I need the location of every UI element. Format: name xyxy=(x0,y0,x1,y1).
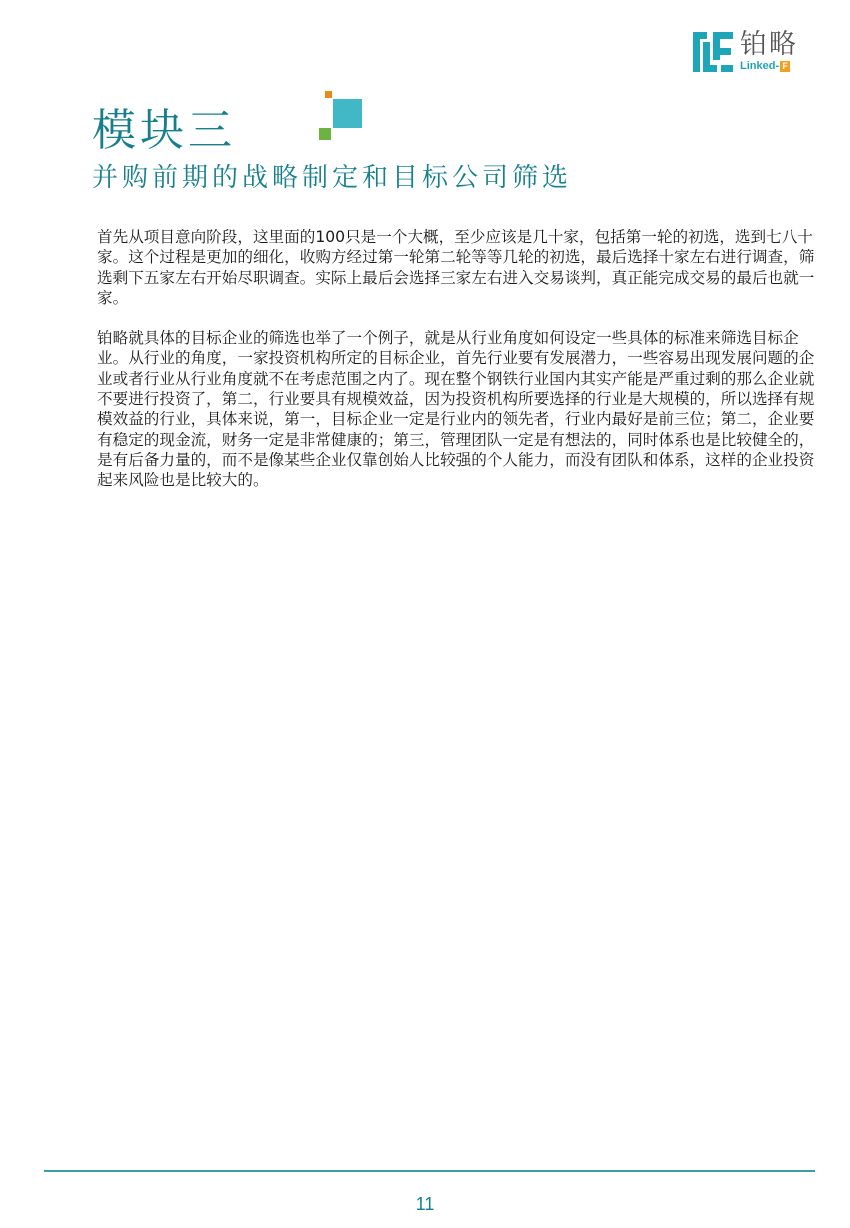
logo-english-text: Linked- xyxy=(740,60,779,72)
logo-english-name: Linked-F xyxy=(740,60,790,72)
footer-divider xyxy=(44,1170,815,1172)
logo-english-badge: F xyxy=(780,61,790,72)
body-text: 首先从项目意向阶段，这里面的100只是一个大概，至少应该是几十家，包括第一轮的初… xyxy=(97,227,817,511)
decorative-square-orange xyxy=(325,91,332,98)
linked-f-logo-icon xyxy=(693,32,733,72)
page-number: 11 xyxy=(0,1194,850,1215)
decorative-square-green xyxy=(319,128,331,140)
logo-chinese-name: 铂略 xyxy=(740,30,798,60)
brand-logo: 铂略 Linked-F xyxy=(693,30,813,74)
section-title: 模块三 xyxy=(92,103,236,159)
decorative-square-teal xyxy=(333,99,362,128)
paragraph-1: 首先从项目意向阶段，这里面的100只是一个大概，至少应该是几十家，包括第一轮的初… xyxy=(97,227,817,308)
section-subtitle: 并购前期的战略制定和目标公司筛选 xyxy=(92,160,572,196)
paragraph-2: 铂略就具体的目标企业的筛选也举了一个例子，就是从行业角度如何设定一些具体的标准来… xyxy=(97,328,817,490)
